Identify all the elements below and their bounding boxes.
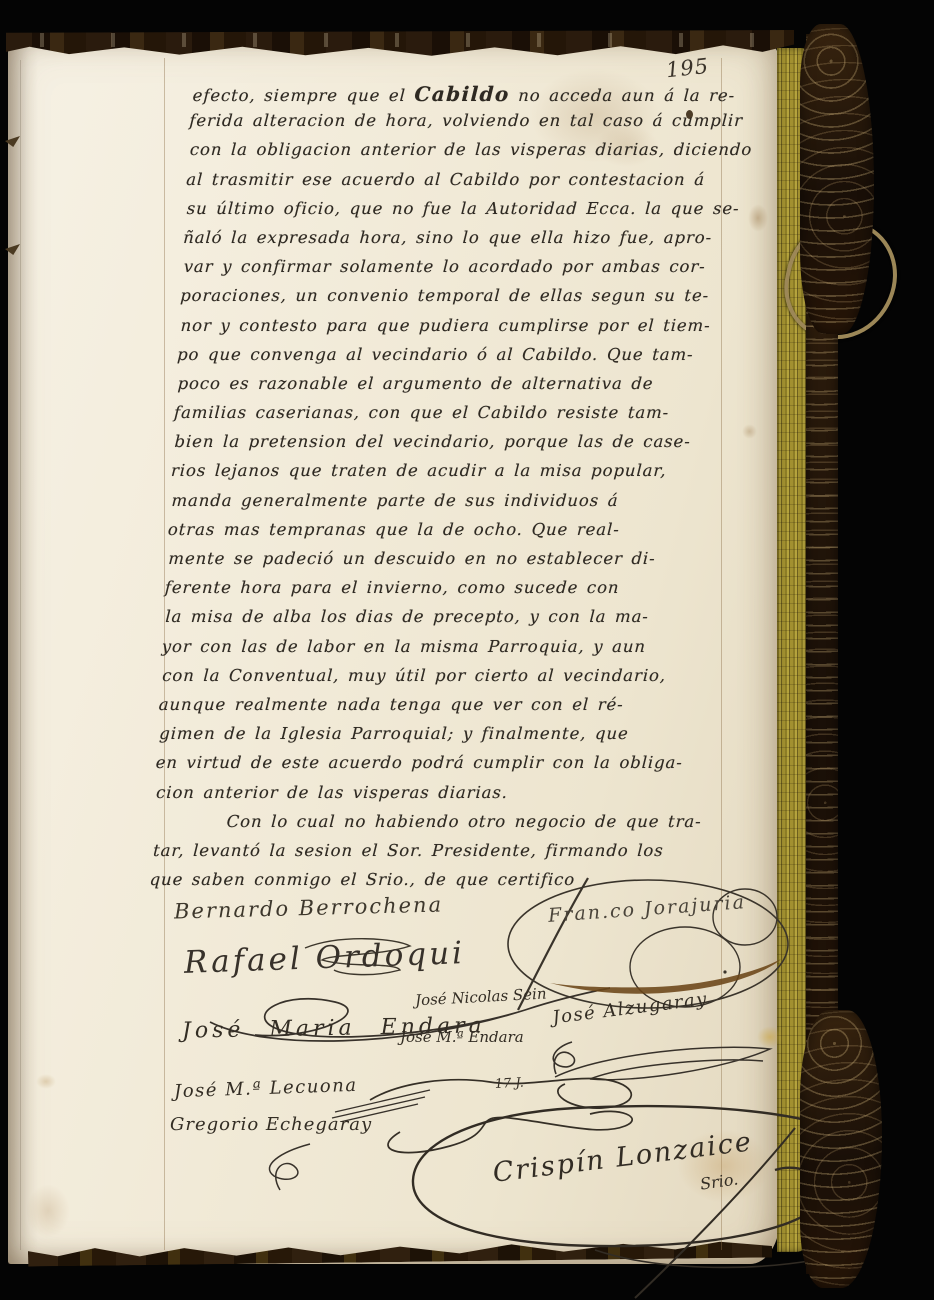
svg-text:17 J.: 17 J. [494,1075,524,1091]
manuscript-line: var y confirmar solamente lo acordado po… [183,257,775,286]
manuscript-line: efecto, siempre que el Cabildo no acceda… [192,82,784,111]
manuscript-line: poco es razonable el argumento de altern… [177,374,769,403]
manuscript-line: manda generalmente parte de sus individu… [170,491,762,520]
manuscript-line: gimen de la Iglesia Parroquial; y finalm… [158,724,750,753]
manuscript-line: la misa de alba los dias de precepto, y … [164,607,756,636]
paper-stain [26,1184,70,1238]
manuscript-line: ferente hora para el invierno, como suce… [164,578,758,607]
manuscript-line: en virtud de este acuerdo podrá cumplir … [155,753,749,782]
leather-cover-top [800,24,874,334]
signature-echegaray: Gregorio Echegaray [170,1114,372,1135]
manuscript-line: poraciones, un convenio temporal de ella… [179,286,773,315]
manuscript-line: con la obligacion anterior de las visper… [189,140,781,169]
manuscript-line: al trasmitir ese acuerdo al Cabildo por … [185,170,779,199]
manuscript-line: cion anterior de las visperas diarias. [155,783,747,812]
manuscript-line: aunque realmente nada tenga que ver con … [158,695,752,724]
manuscript-line: bien la pretension del vecindario, porqu… [174,432,766,461]
manuscript-line: yor con las de labor en la misma Parroqu… [161,637,755,666]
manuscript-line: su último oficio, que no fue la Autorida… [186,199,778,228]
manuscript-line: familias caserianas, con que el Cabildo … [173,403,767,432]
manuscript-line: rios lejanos que traten de acudir a la m… [170,461,764,490]
manuscript-line-paragraph-start: Con lo cual no habiendo otro negocio de … [152,812,746,841]
signature-endara-second: José M.ª Endara [400,1028,524,1046]
signature-flourish-echegaray [240,1140,330,1195]
gutter-crease-line [20,60,21,1250]
manuscript-line: mente se padeció un descuido en no estab… [167,549,759,578]
page-top-deckle-flecks [6,33,794,47]
manuscript-line: otras mas tempranas que la de ocho. Que … [167,520,761,549]
manuscript-line: po que convenga al vecindario ó al Cabil… [176,345,770,374]
manuscript-line: ñaló la expresada hora, sino lo que ella… [182,228,776,257]
manuscript-line: ferida alteracion de hora, volviendo en … [188,111,782,140]
emphasized-word: Cabildo [414,82,510,106]
folio-number: 195 [665,54,710,82]
manuscript-photo: 195 efecto, siempre que el Cabildo no ac… [0,0,934,1300]
binding-gutter-shadow [8,40,38,1264]
manuscript-text: efecto, siempre que el Cabildo no acceda… [149,82,784,899]
manuscript-line: nor y contesto para que pudiera cumplirs… [180,316,772,345]
paper-stain [36,1074,56,1089]
manuscript-line: con la Conventual, muy útil por cierto a… [161,666,753,695]
manuscript-line: tar, levantó la sesion el Sor. President… [152,841,744,870]
